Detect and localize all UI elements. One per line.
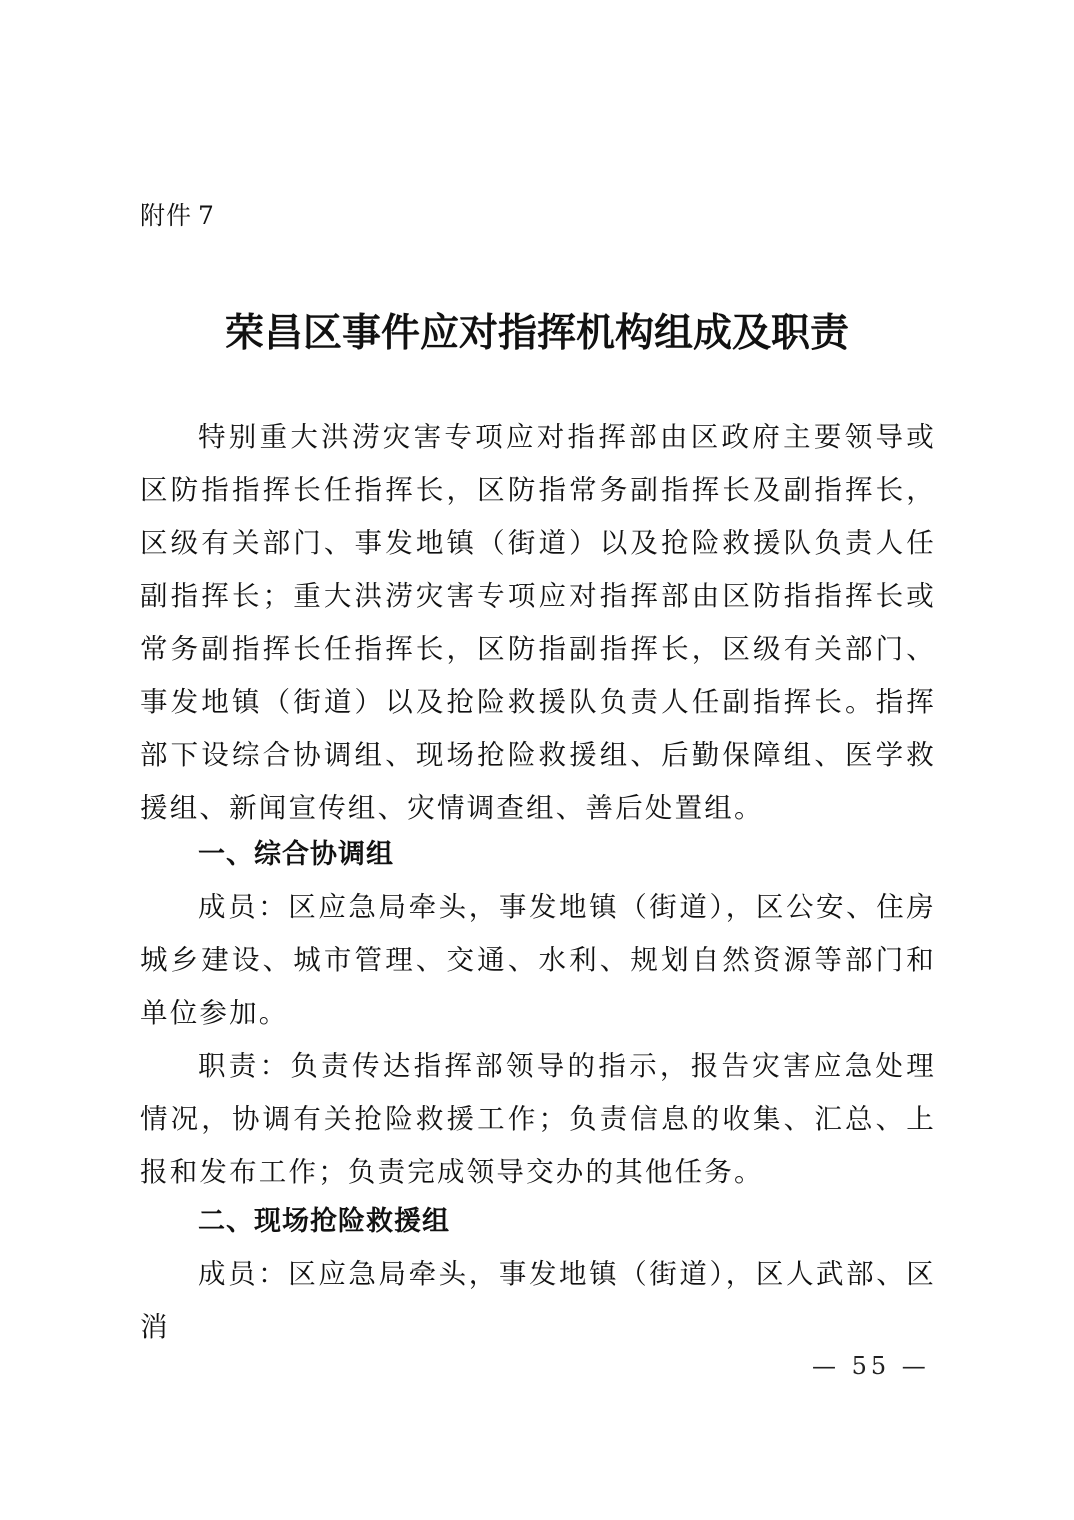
section-1: 一、综合协调组 成员：区应急局牵头，事发地镇（街道），区公安、住房城乡建设、城市… <box>140 828 936 1199</box>
coordination-duties: 职责：负责传达指挥部领导的指示，报告灾害应急处理情况，协调有关抢险救援工作；负责… <box>140 1040 936 1199</box>
section-2: 二、现场抢险救援组 成员：区应急局牵头，事发地镇（街道），区人武部、区消 <box>140 1195 936 1354</box>
intro-paragraph: 特别重大洪涝灾害专项应对指挥部由区政府主要领导或区防指指挥长任指挥长，区防指常务… <box>140 411 936 835</box>
document-title: 荣昌区事件应对指挥机构组成及职责 <box>0 302 1074 358</box>
body-section: 特别重大洪涝灾害专项应对指挥部由区政府主要领导或区防指指挥长任指挥长，区防指常务… <box>140 411 936 835</box>
document-page: 附件7 荣昌区事件应对指挥机构组成及职责 特别重大洪涝灾害专项应对指挥部由区政府… <box>0 0 1074 1520</box>
attachment-label: 附件7 <box>140 196 215 232</box>
attachment-text: 附件 <box>140 201 192 230</box>
rescue-members: 成员：区应急局牵头，事发地镇（街道），区人武部、区消 <box>140 1248 936 1354</box>
section-heading-coordination: 一、综合协调组 <box>140 828 936 881</box>
attachment-number: 7 <box>198 201 215 230</box>
section-heading-rescue: 二、现场抢险救援组 <box>140 1195 936 1248</box>
page-number: — 55 — <box>812 1352 930 1380</box>
coordination-members: 成员：区应急局牵头，事发地镇（街道），区公安、住房城乡建设、城市管理、交通、水利… <box>140 881 936 1040</box>
